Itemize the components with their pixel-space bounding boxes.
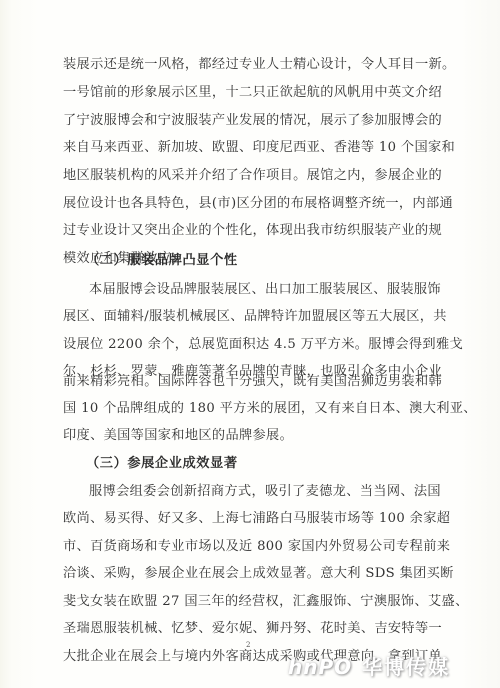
paragraph-1-line-5: 地区服装机构的风采并介绍了合作项目。展馆之内，参展企业的: [63, 167, 435, 185]
paragraph-2-line-1: 本届服博会设品牌服装展区、出口加工服装展区、服装服饰: [89, 281, 435, 299]
paragraph-1-line-4: 来自马来西亚、新加坡、欧盟、印度尼西亚、香港等 10 个国家和: [63, 139, 435, 157]
watermark-latin: hnPO: [288, 655, 352, 679]
paragraph-2-line-5: 前来精彩亮相。国际阵容也十分强大，既有美国浩狮迈男装和韩: [63, 373, 435, 391]
paragraph-3-line-4: 洽谈、采购，参展企业在展会上成效显著。意大利 SDS 集团买断: [63, 565, 435, 583]
paragraph-1-line-1: 装展示还是统一风格，都经过专业人士精心设计，令人耳目一新。: [63, 56, 435, 74]
paragraph-1-line-7: 过专业设计又突出企业的个性化，体现出我市纺织服装产业的规: [63, 222, 435, 240]
page-number: 2: [246, 641, 250, 649]
paragraph-2-line-3: 设展位 2200 余个，总展览面积达 4.5 万平方米。服博会得到雅戈: [63, 336, 435, 354]
paragraph-3-line-5: 斐戈女装在欧盟 27 国三年的经营权，汇鑫服饰、宁澳服饰、艾盛、: [63, 593, 435, 611]
paragraph-2-line-7: 印度、美国等国家和地区的品牌参展。: [63, 427, 435, 445]
section-2-heading: （二）服装品牌凸显个性: [86, 252, 238, 270]
paragraph-1-line-3: 了宁波服博会和宁波服装产业发展的情况，展示了参加服博会的: [63, 112, 435, 130]
paragraph-3-line-6: 圣瑞恩服装机械、忆梦、爱尔妮、狮丹努、花时美、吉安特等一: [63, 620, 435, 638]
section-3-heading: （三）参展企业成效显著: [86, 455, 238, 473]
paragraph-3-line-1: 服博会组委会创新招商方式，吸引了麦德龙、当当网、法国: [89, 483, 435, 501]
paragraph-2-line-6: 国 10 个品牌组成的 180 平方米的展团，又有来自日本、澳大利亚、: [63, 400, 435, 418]
paragraph-1-line-2: 一号馆前的形象展示区里，十二只正欲起航的风帆用中英文介绍: [63, 84, 435, 102]
paragraph-3-line-2: 欧尚、易买得、好又多、上海七浦路白马服装市场等 100 余家超: [63, 510, 435, 528]
watermark-chinese: 华博传媒: [362, 655, 450, 679]
paragraph-3-line-3: 市、百货商场和专业市场以及近 800 家国内外贸易公司专程前来: [63, 538, 435, 556]
scanned-document-page: 装展示还是统一风格，都经过专业人士精心设计，令人耳目一新。 一号馆前的形象展示区…: [0, 0, 500, 688]
watermark-logo: hnPO华博传媒: [288, 651, 450, 680]
paragraph-2-line-2: 展区、面辅料/服装机械展区、品牌特许加盟展区等五大展区，共: [63, 308, 435, 326]
paragraph-1-line-6: 展位设计也各具特色，县(市)区分团的布展格调整齐统一，内部通: [63, 195, 435, 213]
